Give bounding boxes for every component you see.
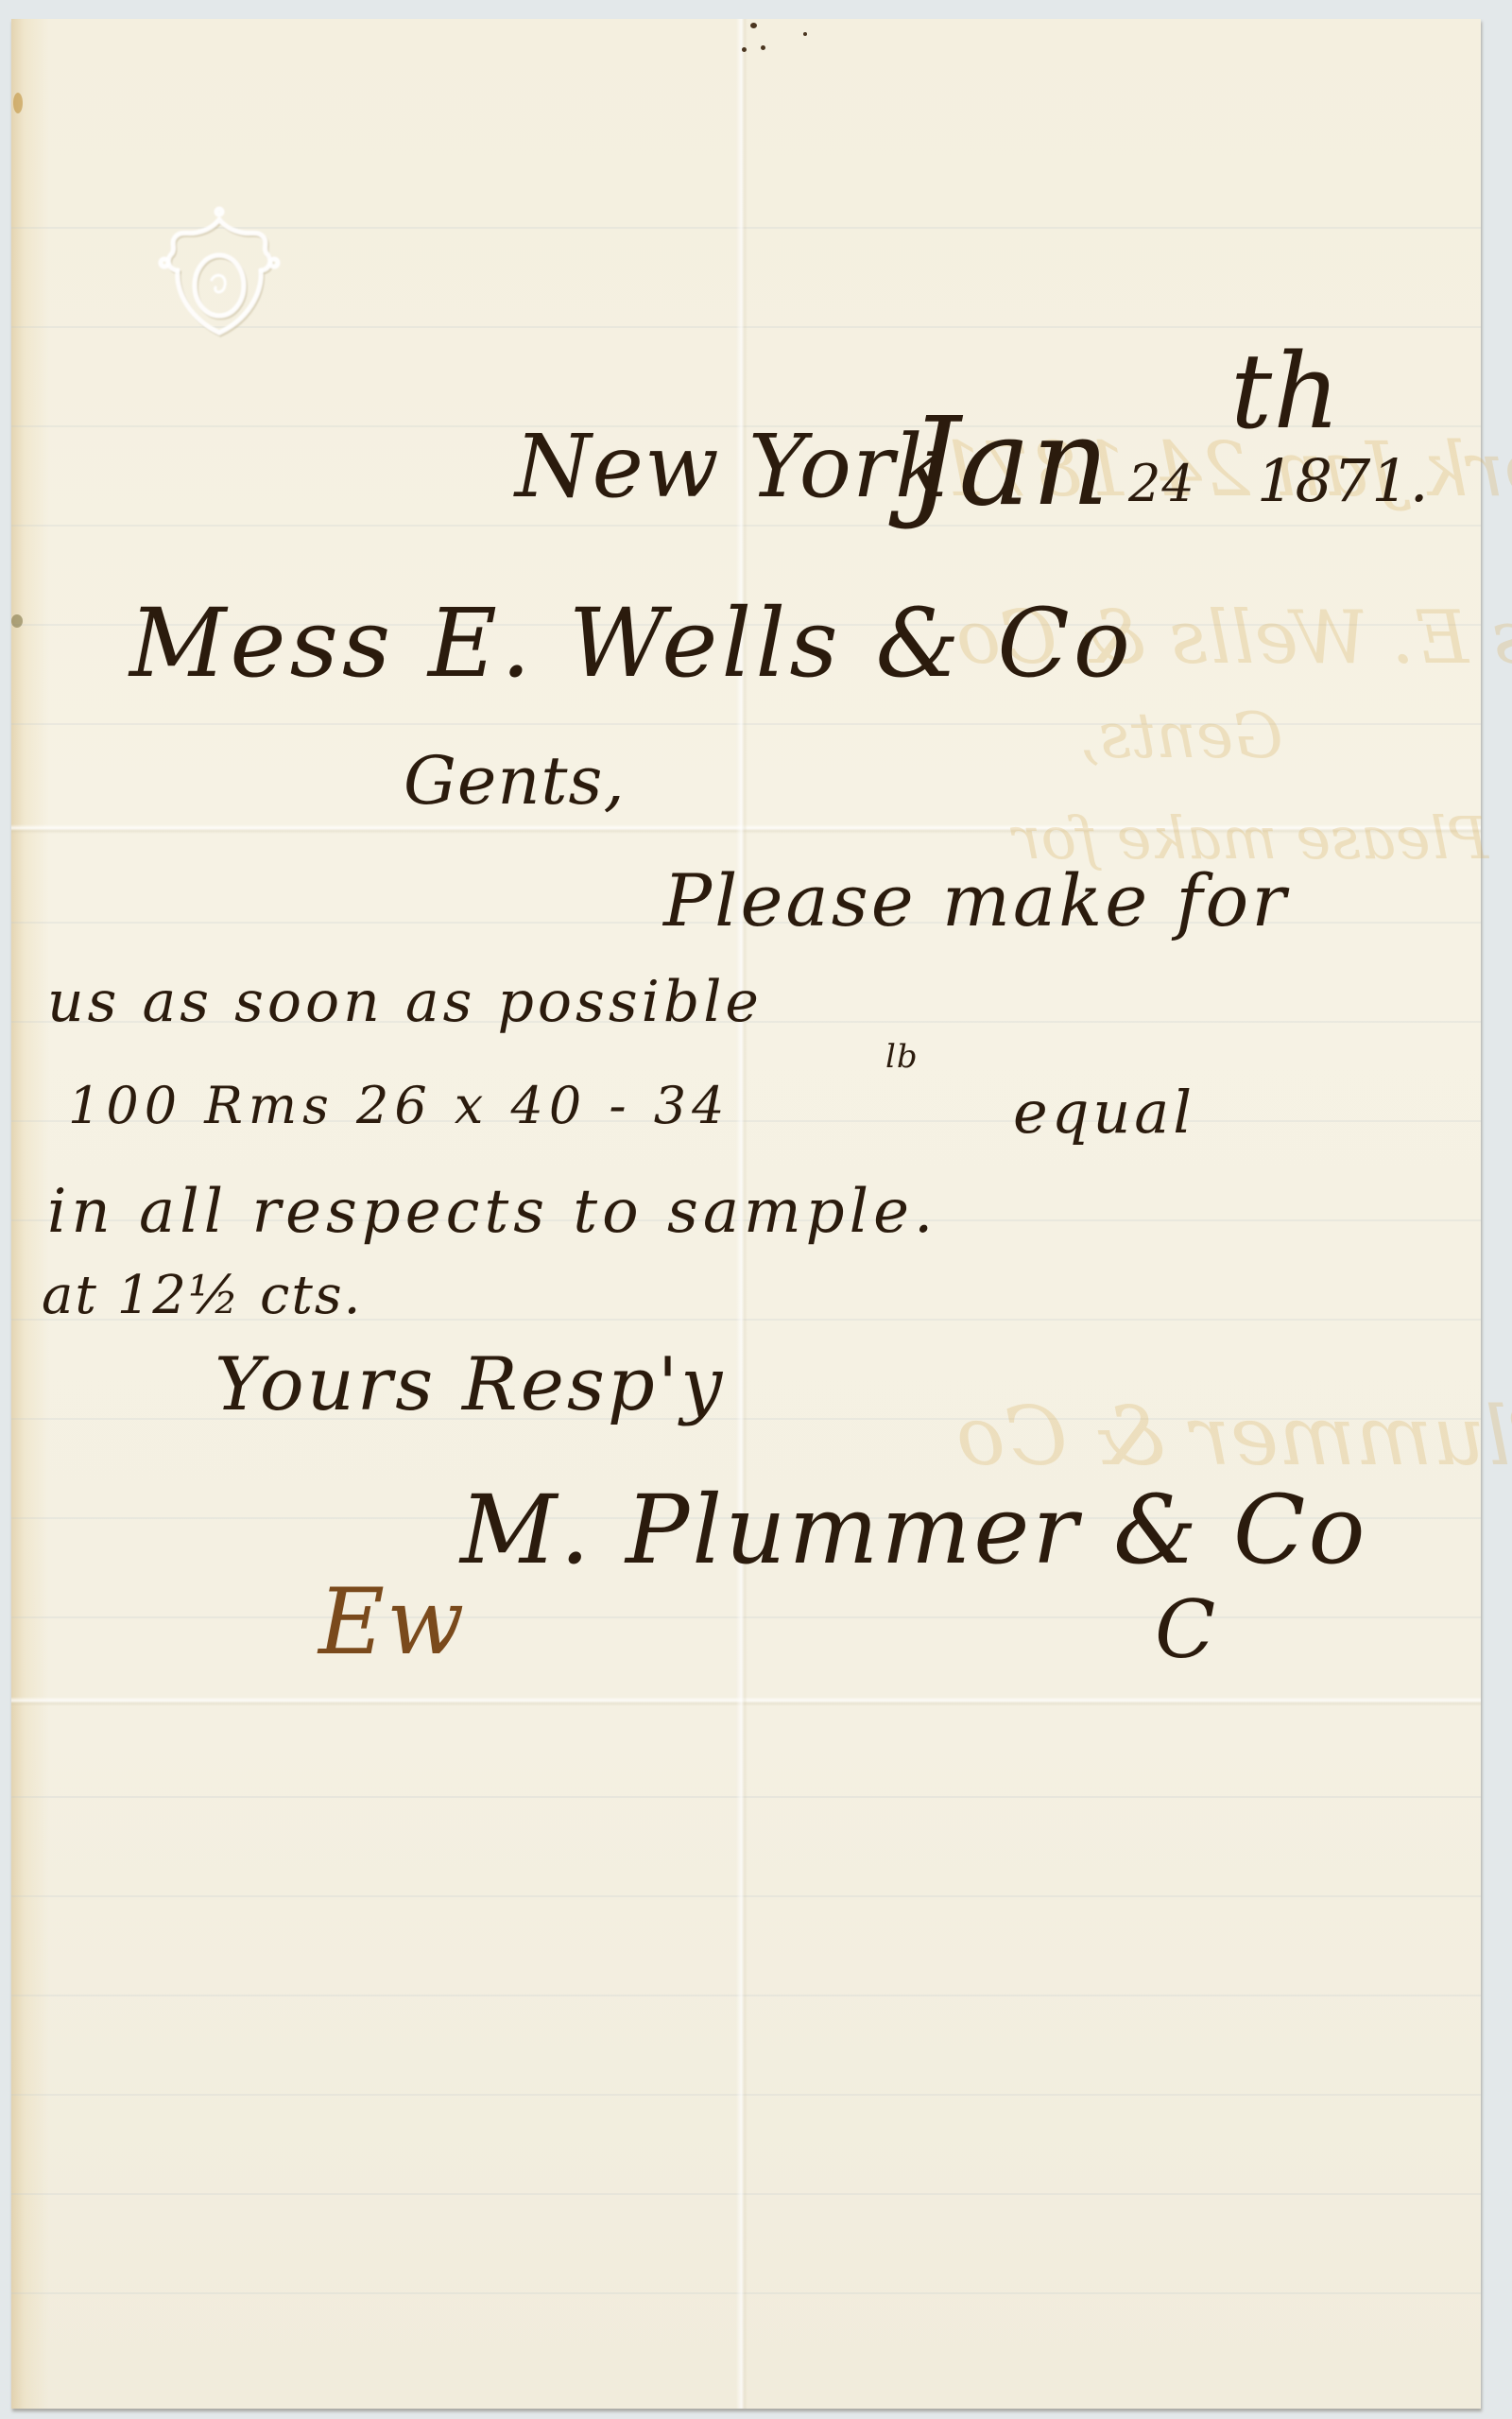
edge-stain (11, 614, 23, 628)
body-line-2: us as soon as possible (47, 969, 763, 1035)
dateline-year: 1871. (1257, 446, 1430, 515)
body-line-4: in all respects to sample. (47, 1177, 937, 1247)
edge-stain (13, 93, 23, 113)
weight-superscript: lb (885, 1038, 919, 1076)
ink-speck (761, 45, 765, 50)
signature-mark: C (1155, 1583, 1216, 1676)
dateline-month: Jan (909, 392, 1110, 533)
signature: M. Plummer & Co (460, 1475, 1368, 1585)
clerk-initials: Ew (318, 1569, 466, 1675)
embossed-crest-icon (144, 199, 295, 350)
ink-speck (742, 47, 747, 52)
letter-sheet: New York Jan 24 1871 Mess E. Wells & Co … (11, 19, 1481, 2409)
ink-speck (750, 23, 757, 28)
recipient-name: Mess E. Wells & Co (129, 588, 1134, 699)
ink-speck (803, 32, 807, 36)
show-through-salutation: Gents, (1079, 700, 1283, 772)
dateline-day: 24 (1128, 454, 1195, 513)
dateline-day-suffix: th (1230, 331, 1341, 452)
body-line-1: Please make for (663, 858, 1289, 942)
closing: Yours Resp'y (215, 1342, 725, 1427)
body-equal: equal (1013, 1078, 1195, 1147)
body-line-3: 100 Rms 26 x 40 - 34 (68, 1076, 730, 1135)
body-line-5-price: at 12½ cts. (42, 1265, 362, 1326)
dateline-place: New York (515, 416, 949, 517)
salutation: Gents, (404, 742, 626, 820)
show-through-signature: M. Plummer & Co (956, 1390, 1512, 1484)
